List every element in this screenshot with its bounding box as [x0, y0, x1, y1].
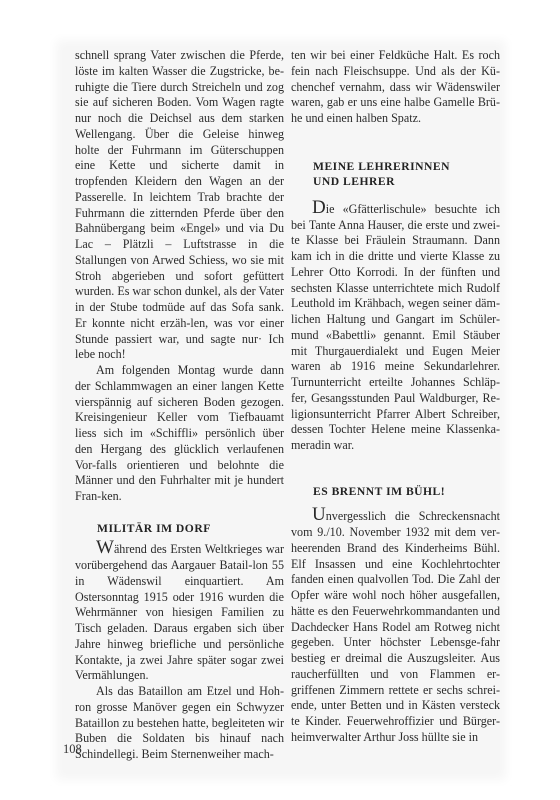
paragraph: ten wir bei einer Feldküche Halt. Es roc… [291, 48, 500, 127]
section-heading-brand: ES BRENNT IM BÜHL! [291, 484, 500, 500]
drop-cap: D [312, 197, 326, 218]
left-column: schnell sprang Vater zwischen die Pferde… [75, 48, 284, 763]
page-number: 108 [63, 742, 82, 757]
drop-cap: U [312, 504, 326, 525]
paragraph: schnell sprang Vater zwischen die Pferde… [75, 48, 284, 363]
paragraph: Unvergesslich die Schreckensnacht vom 9.… [291, 509, 500, 745]
drop-cap: W [96, 537, 114, 558]
paragraph: Als das Bataillon am Etzel und Hoh-ron g… [75, 684, 284, 763]
paragraph: Die «Gfätterlischule» besuchte ich bei T… [291, 202, 500, 454]
section-heading-lehrer: MEINE LEHRERINNENUND LEHRER [291, 159, 500, 190]
paragraph: Am folgenden Montag wurde dann der Schla… [75, 363, 284, 505]
paragraph: Während des Ersten Weltkrieges war vorüb… [75, 542, 284, 684]
right-column: ten wir bei einer Feldküche Halt. Es roc… [291, 48, 500, 746]
section-heading-militaer: MILITÄR IM DORF [75, 521, 284, 537]
